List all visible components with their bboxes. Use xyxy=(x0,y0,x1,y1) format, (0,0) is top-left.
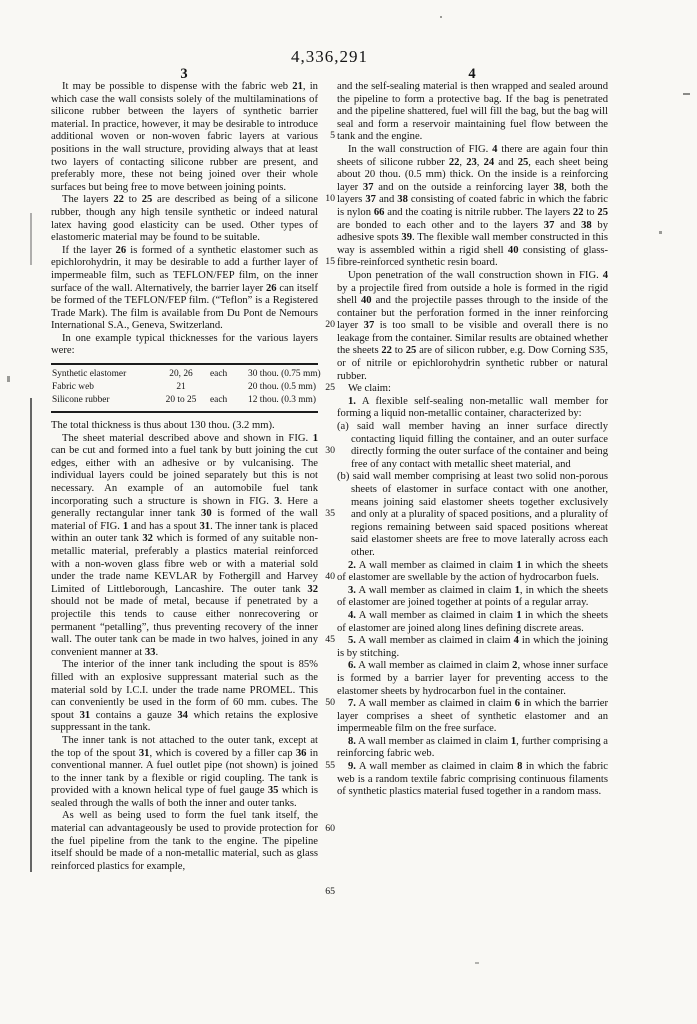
table-cell-each: each xyxy=(210,394,248,407)
scan-speck xyxy=(7,376,10,382)
claim-paragraph: 1. A flexible self-sealing non-metallic … xyxy=(337,396,608,421)
paragraph: The total thickness is thus about 130 th… xyxy=(51,420,318,433)
line-number: 60 xyxy=(317,823,335,836)
claim-paragraph: 2. A wall member as claimed in claim 1 i… xyxy=(337,560,608,585)
table-cell-each xyxy=(210,381,248,394)
paragraph: If the layer 26 is formed of a synthetic… xyxy=(51,245,318,333)
line-number: 15 xyxy=(317,256,335,269)
scan-edge-dash xyxy=(30,213,32,265)
line-number: 45 xyxy=(317,634,335,647)
paragraph: In the wall construction of FIG. 4 there… xyxy=(337,144,608,270)
paragraph: The layers 22 to 25 are described as bei… xyxy=(51,194,318,244)
scan-edge-line xyxy=(30,398,32,872)
table-cell-thickness: 20 thou. (0.5 mm) xyxy=(248,381,318,394)
scan-speck xyxy=(683,93,690,95)
line-number: 65 xyxy=(317,886,335,899)
claim-paragraph: 5. A wall member as claimed in claim 4 i… xyxy=(337,635,608,660)
claim-paragraph: 6. A wall member as claimed in claim 2, … xyxy=(337,660,608,698)
line-number: 55 xyxy=(317,760,335,773)
thickness-table: Synthetic elastomer 20, 26 each 30 thou.… xyxy=(51,363,318,413)
paragraph: Upon penetration of the wall constructio… xyxy=(337,270,608,383)
table-cell-layers: 21 xyxy=(152,381,210,394)
line-number: 40 xyxy=(317,571,335,584)
table-row: Silicone rubber 20 to 25 each 12 thou. (… xyxy=(52,394,318,407)
claim-paragraph: 7. A wall member as claimed in claim 6 i… xyxy=(337,698,608,736)
paragraph: It may be possible to dispense with the … xyxy=(51,81,318,194)
table-cell-thickness: 12 thou. (0.3 mm) xyxy=(248,394,318,407)
paragraph: In one example typical thicknesses for t… xyxy=(51,333,318,358)
line-number: 10 xyxy=(317,193,335,206)
left-column: It may be possible to dispense with the … xyxy=(51,81,318,873)
paragraph: The interior of the inner tank including… xyxy=(51,659,318,735)
table-cell-material: Synthetic elastomer xyxy=(52,368,152,381)
line-number: 25 xyxy=(317,382,335,395)
line-number: 30 xyxy=(317,445,335,458)
patent-page: 4,336,291 3 4 5 10 15 20 25 30 35 40 45 … xyxy=(0,0,697,1024)
paragraph: The sheet material described above and s… xyxy=(51,433,318,660)
table-row: Fabric web 21 20 thou. (0.5 mm) xyxy=(52,381,318,394)
paragraph: The inner tank is not attached to the ou… xyxy=(51,735,318,811)
claim-paragraph: 8. A wall member as claimed in claim 1, … xyxy=(337,736,608,761)
we-claim-heading: We claim: xyxy=(337,383,608,396)
table-cell-layers: 20 to 25 xyxy=(152,394,210,407)
line-number: 50 xyxy=(317,697,335,710)
line-number: 20 xyxy=(317,319,335,332)
table-cell-layers: 20, 26 xyxy=(152,368,210,381)
paragraph: and the self-sealing material is then wr… xyxy=(337,81,608,144)
table-row: Synthetic elastomer 20, 26 each 30 thou.… xyxy=(52,368,318,381)
table-cell-material: Silicone rubber xyxy=(52,394,152,407)
table-cell-thickness: 30 thou. (0.75 mm) xyxy=(248,368,321,381)
claim-item-a: (a) said wall member having an inner sur… xyxy=(337,421,608,471)
claim-paragraph: 9. A wall member as claimed in claim 8 i… xyxy=(337,761,608,799)
scan-speck xyxy=(475,962,479,964)
scan-speck xyxy=(440,16,442,18)
scan-speck xyxy=(659,231,662,234)
paragraph: As well as being used to form the fuel t… xyxy=(51,810,318,873)
claim-item-b: (b) said wall member comprising at least… xyxy=(337,471,608,559)
table-cell-each: each xyxy=(210,368,248,381)
line-number: 5 xyxy=(317,130,335,143)
claim-paragraph: 3. A wall member as claimed in claim 1, … xyxy=(337,585,608,610)
claim-paragraph: 4. A wall member as claimed in claim 1 i… xyxy=(337,610,608,635)
patent-number: 4,336,291 xyxy=(51,47,608,67)
table-cell-material: Fabric web xyxy=(52,381,152,394)
line-number: 35 xyxy=(317,508,335,521)
right-column: and the self-sealing material is then wr… xyxy=(337,81,608,799)
